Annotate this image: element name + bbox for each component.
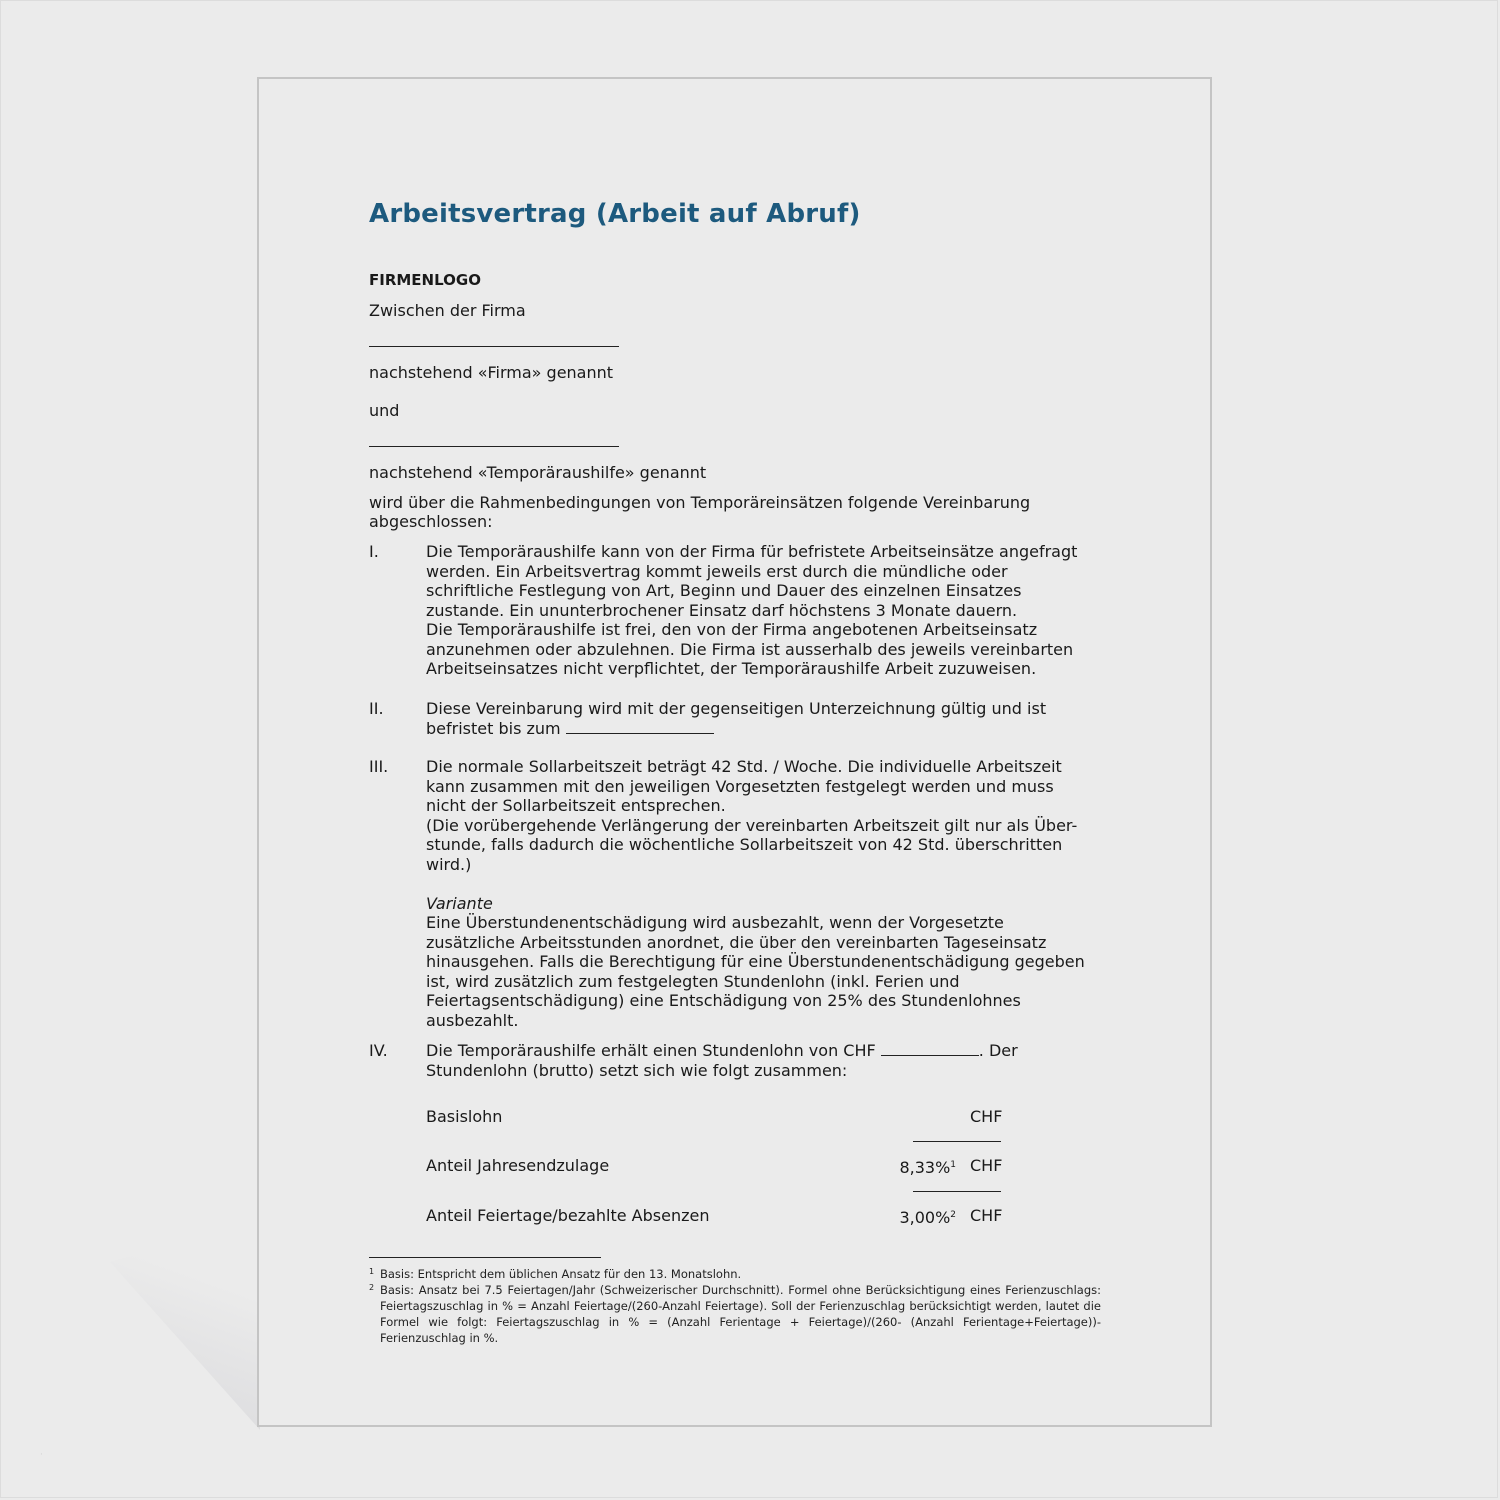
section-line: Die normale Sollarbeitszeit beträgt 42 S…	[426, 757, 1096, 777]
section-line: stunde, falls dadurch die wöchentliche S…	[426, 835, 1096, 855]
section-body: Die Temporäraushilfe kann von der Firma …	[426, 542, 1096, 679]
document-title: Arbeitsvertrag (Arbeit auf Abruf)	[369, 199, 861, 229]
section-line-text: Die Temporäraushilfe erhält einen Stunde…	[426, 1041, 876, 1060]
page-curl-shadow	[110, 1220, 260, 1430]
section-line: zustande. Ein ununterbrochener Einsatz d…	[426, 601, 1096, 621]
section-line: Diese Vereinbarung wird mit der gegensei…	[426, 699, 1096, 719]
section-body: Die normale Sollarbeitszeit beträgt 42 S…	[426, 757, 1096, 1030]
section-line-text: . Der	[979, 1041, 1018, 1060]
footnote-1: 1 Basis: Entspricht dem üblichen Ansatz …	[369, 1266, 1101, 1282]
variant-line: Feiertagsentschädigung) eine Entschädigu…	[426, 991, 1096, 1011]
section-line: Die Temporäraushilfe kann von der Firma …	[426, 542, 1096, 562]
footnote-ref[interactable]: 1	[950, 1160, 956, 1170]
section-line: befristet bis zum	[426, 719, 1096, 739]
footnote-mark: 1	[369, 1264, 374, 1280]
variant-line: zusätzliche Arbeitsstunden anordnet, die…	[426, 933, 1096, 953]
footnote-separator	[369, 1257, 601, 1258]
wage-currency: CHF	[970, 1206, 1002, 1226]
section-line: werden. Ein Arbeitsvertrag kommt jeweils…	[426, 562, 1096, 582]
variant-line: ist, wird zusätzlich zum festgelegten St…	[426, 972, 1096, 992]
section-line: Die Temporäraushilfe erhält einen Stunde…	[426, 1041, 1096, 1061]
section-line: Die Temporäraushilfe ist frei, den von d…	[426, 620, 1096, 640]
watermark: ·	[40, 1450, 43, 1460]
wage-label: Basislohn	[426, 1107, 502, 1127]
section-line: Arbeitseinsatzes nicht verpflichtet, der…	[426, 659, 1096, 679]
variant-line: Eine Überstundenentschädigung wird ausbe…	[426, 913, 1096, 933]
footnote-2: 2 Basis: Ansatz bei 7.5 Feiertagen/Jahr …	[369, 1282, 1101, 1346]
wage-percent: 3,00%2	[899, 1206, 956, 1228]
end-date-blank[interactable]	[566, 719, 714, 734]
section-line: anzunehmen oder abzulehnen. Die Firma is…	[426, 640, 1096, 660]
section-line: wird.)	[426, 855, 1096, 875]
intro-agreement-line1: wird über die Rahmenbedingungen von Temp…	[369, 493, 1030, 513]
intro-and: und	[369, 401, 399, 421]
wage-label: Anteil Jahresendzulage	[426, 1156, 609, 1176]
section-body: Die Temporäraushilfe erhält einen Stunde…	[426, 1041, 1096, 1080]
section-line: kann zusammen mit den jeweiligen Vorgese…	[426, 777, 1096, 797]
hourly-wage-blank[interactable]	[881, 1041, 979, 1056]
intro-firm-named: nachstehend «Firma» genannt	[369, 363, 613, 383]
intro-temp-named: nachstehend «Temporäraushilfe» genannt	[369, 463, 706, 483]
section-number: II.	[369, 699, 384, 719]
footnote-text: Basis: Ansatz bei 7.5 Feiertagen/Jahr (S…	[380, 1282, 1101, 1346]
firm-name-blank[interactable]	[369, 346, 619, 347]
variant-label: Variante	[426, 894, 1096, 914]
intro-between: Zwischen der Firma	[369, 301, 526, 321]
section-number: IV.	[369, 1041, 388, 1061]
section-line-text: befristet bis zum	[426, 719, 561, 738]
footnote-mark: 2	[369, 1280, 374, 1296]
section-body: Diese Vereinbarung wird mit der gegensei…	[426, 699, 1096, 738]
footnote-text: Basis: Entspricht dem üblichen Ansatz fü…	[380, 1266, 1101, 1282]
wage-currency: CHF	[970, 1107, 1002, 1127]
wage-amount-blank[interactable]	[913, 1191, 1001, 1192]
intro-agreement-line2: abgeschlossen:	[369, 512, 493, 532]
wage-label: Anteil Feiertage/bezahlte Absenzen	[426, 1206, 709, 1226]
section-line: (Die vorübergehende Verlängerung der ver…	[426, 816, 1096, 836]
wage-percent-value: 3,00%	[899, 1208, 950, 1227]
section-number: I.	[369, 542, 379, 562]
footnote-ref[interactable]: 2	[950, 1210, 956, 1220]
variant-line: hinausgehen. Falls die Berechtigung für …	[426, 952, 1096, 972]
temp-name-blank[interactable]	[369, 446, 619, 447]
wage-currency: CHF	[970, 1156, 1002, 1176]
wage-percent-value: 8,33%	[899, 1158, 950, 1177]
section-line: nicht der Sollarbeitszeit entsprechen.	[426, 796, 1096, 816]
document-page: Arbeitsvertrag (Arbeit auf Abruf) FIRMEN…	[257, 77, 1212, 1427]
spacer	[426, 874, 1096, 894]
section-line: Stundenlohn (brutto) setzt sich wie folg…	[426, 1061, 1096, 1081]
logo-placeholder: FIRMENLOGO	[369, 271, 481, 291]
section-line: schriftliche Festlegung von Art, Beginn …	[426, 581, 1096, 601]
wage-percent: 8,33%1	[899, 1156, 956, 1178]
variant-line: ausbezahlt.	[426, 1011, 1096, 1031]
section-number: III.	[369, 757, 388, 777]
wage-amount-blank[interactable]	[913, 1141, 1001, 1142]
